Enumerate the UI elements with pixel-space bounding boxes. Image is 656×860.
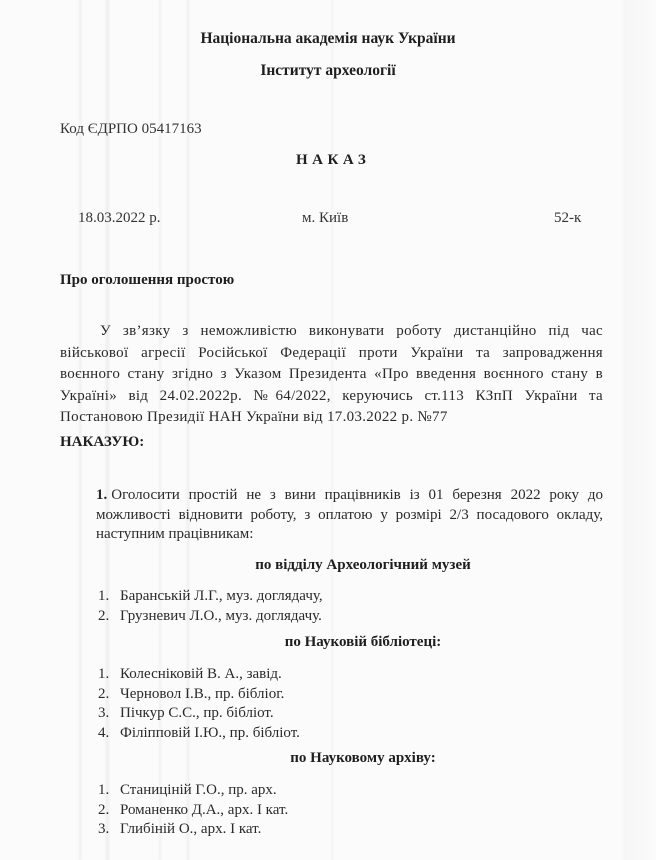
document-date: 18.03.2022 р.	[78, 210, 161, 227]
list-item: 3.Пічкур С.С., пр. бібліот.	[98, 704, 300, 724]
order-item-number: 1.	[96, 487, 107, 503]
list-item: 4.Філіпповій І.Ю., пр. бібліот.	[98, 724, 300, 744]
edrpo-code: Код ЄДРПО 05417163	[60, 121, 202, 138]
department-title-archive: по Науковому архіву:	[0, 750, 656, 767]
department-title-museum: по відділу Археологічний музей	[0, 557, 656, 574]
document-subject: Про оголошення простою	[60, 272, 234, 289]
employee-list-archive: 1.Станиціній Г.О., пр. арх. 2.Романенко …	[98, 781, 288, 840]
department-title-library: по Науковій бібліотеці:	[0, 634, 656, 651]
list-item: 2.Романенко Д.А., арх. І кат.	[98, 801, 288, 821]
order-item-text: Оголосити простій не з вини працівників …	[96, 487, 603, 542]
institute-name: Інститут археології	[0, 62, 656, 80]
order-item-1: 1.Оголосити простій не з вини працівникі…	[96, 486, 603, 545]
list-item: 3.Глибіній О., арх. І кат.	[98, 820, 288, 840]
organization-name: Національна академія наук України	[0, 30, 656, 48]
document-city: м. Київ	[302, 210, 348, 227]
employee-list-library: 1.Колесніковій В. А., завід. 2.Черновол …	[98, 665, 300, 743]
document-page: Національна академія наук України Інстит…	[0, 0, 656, 860]
order-heading: НАКАЗУЮ:	[60, 434, 144, 451]
list-item: 2.Грузневич Л.О., муз. доглядачу.	[98, 607, 323, 627]
list-item: 1.Баранській Л.Г., муз. доглядачу,	[98, 587, 323, 607]
list-item: 1.Колесніковій В. А., завід.	[98, 665, 300, 685]
employee-list-museum: 1.Баранській Л.Г., муз. доглядачу, 2.Гру…	[98, 587, 323, 626]
document-type: НАКАЗ	[296, 152, 370, 169]
list-item: 2.Черновол І.В., пр. бібліог.	[98, 685, 300, 705]
list-item: 1.Станиціній Г.О., пр. арх.	[98, 781, 288, 801]
document-number: 52-к	[554, 210, 581, 227]
preamble-paragraph: У зв’язку з неможливістю виконувати робо…	[60, 321, 603, 429]
